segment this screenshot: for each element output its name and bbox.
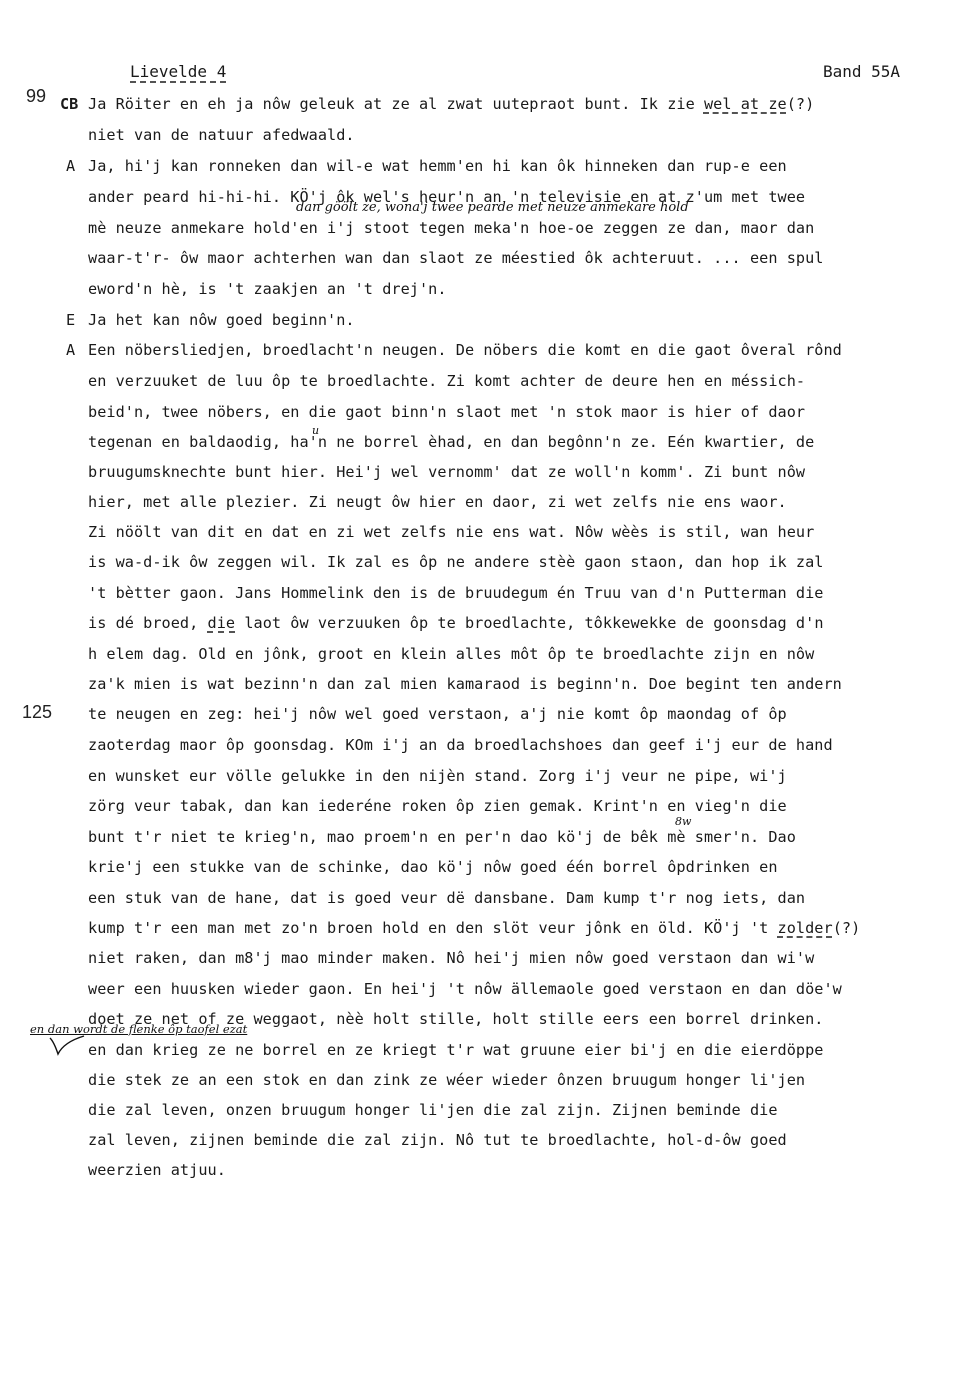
transcript-line: is dé broed, die laot ôw verzuuken ôp te… [88,613,824,633]
speaker-label: CB [60,94,78,114]
transcript-line: te neugen en zeg: hei'j nôw wel goed ver… [88,704,787,724]
transcript-line: bruugumsknechte bunt hier. Hei'j wel ver… [88,462,805,482]
transcript-line: Een nöbersliedjen, broedlacht'n neugen. … [88,340,842,360]
transcript-line: eword'n hè, is 't zaakjen an 't drej'n. [88,279,447,299]
transcript-line: en wunsket eur völle gelukke in den nijè… [88,766,787,786]
transcript-line: niet van de natuur afedwaald. [88,125,355,145]
transcript-line: en dan krieg ze ne borrel en ze kriegt t… [88,1040,824,1060]
transcript-line: tegenan en baldaodig, ha'n ne borrel èha… [88,432,814,452]
transcript-line: zal leven, zijnen beminde die zal zijn. … [88,1130,787,1150]
uncertain-word: die [208,614,236,632]
transcript-line: bunt t'r niet te krieg'n, mao proem'n en… [88,827,796,847]
transcript-line: mè neuze anmekare hold'en i'j stoot tege… [88,218,814,238]
transcript-line: weer een huusken wieder gaon. En hei'j '… [88,979,842,999]
transcript-line: Ja het kan nôw goed beginn'n. [88,310,355,330]
margin-number-top: 99 [26,86,46,107]
transcript-line: Ja Röiter en eh ja nôw geleuk at ze al z… [88,94,814,114]
transcript-line: zaoterdag maor ôp goonsdag. KOm i'j an d… [88,735,833,755]
handwritten-note-8w: 8w [675,815,691,828]
handwritten-note-u: u [312,424,319,437]
transcript-line: zörg veur tabak, dan kan iederéne roken … [88,796,787,816]
transcript-line: is wa-d-ik ôw zeggen wil. Ik zal es ôp n… [88,552,824,572]
speaker-label: A [66,340,75,360]
transcript-line: kump t'r een man met zo'n broen hold en … [88,918,860,938]
uncertain-word: wel at ze [704,95,787,113]
transcript-line: hier, met alle plezier. Zi neugt ôw hier… [88,492,787,512]
uncertain-word: zolder [778,919,833,937]
transcript-line: 't bètter gaon. Jans Hommelink den is de… [88,583,824,603]
page-header: Lievelde 4 Band 55A [130,62,900,86]
transcript-line: waar-t'r- ôw maor achterhen wan dan slao… [88,248,824,268]
transcript-line: beid'n, twee nöbers, en die gaot binn'n … [88,402,805,422]
handwritten-note-horses: dan göölt ze, wona'j twee pearde met neu… [296,200,689,215]
speaker-label: E [66,310,75,330]
transcript-line: Ja, hi'j kan ronneken dan wil-e wat hemm… [88,156,787,176]
transcript-line: weerzien atjuu. [88,1160,226,1180]
transcript-line: niet raken, dan m8'j mao minder maken. N… [88,948,814,968]
document-page: Lievelde 4 Band 55A 99 125 CBJa Röiter e… [0,0,979,1392]
transcript-line: za'k mien is wat bezinn'n dan zal mien k… [88,674,842,694]
location-title: Lievelde 4 [130,62,226,81]
insertion-mark-icon [48,1034,88,1058]
margin-number-middle: 125 [22,702,52,723]
transcript-line: h elem dag. Old en jônk, groot en klein … [88,644,814,664]
transcript-line: Zi nöölt van dit en dat en zi wet zelfs … [88,522,814,542]
transcript-line: die stek ze an een stok en dan zink ze w… [88,1070,805,1090]
tape-label: Band 55A [823,62,900,81]
transcript-line: die zal leven, onzen bruugum honger li'j… [88,1100,778,1120]
transcript-line: een stuk van de hane, dat is goed veur d… [88,888,805,908]
transcript-line: krie'j een stukke van de schinke, dao kö… [88,857,778,877]
speaker-label: A [66,156,75,176]
transcript-line: en verzuuket de luu ôp te broedlachte. Z… [88,371,805,391]
